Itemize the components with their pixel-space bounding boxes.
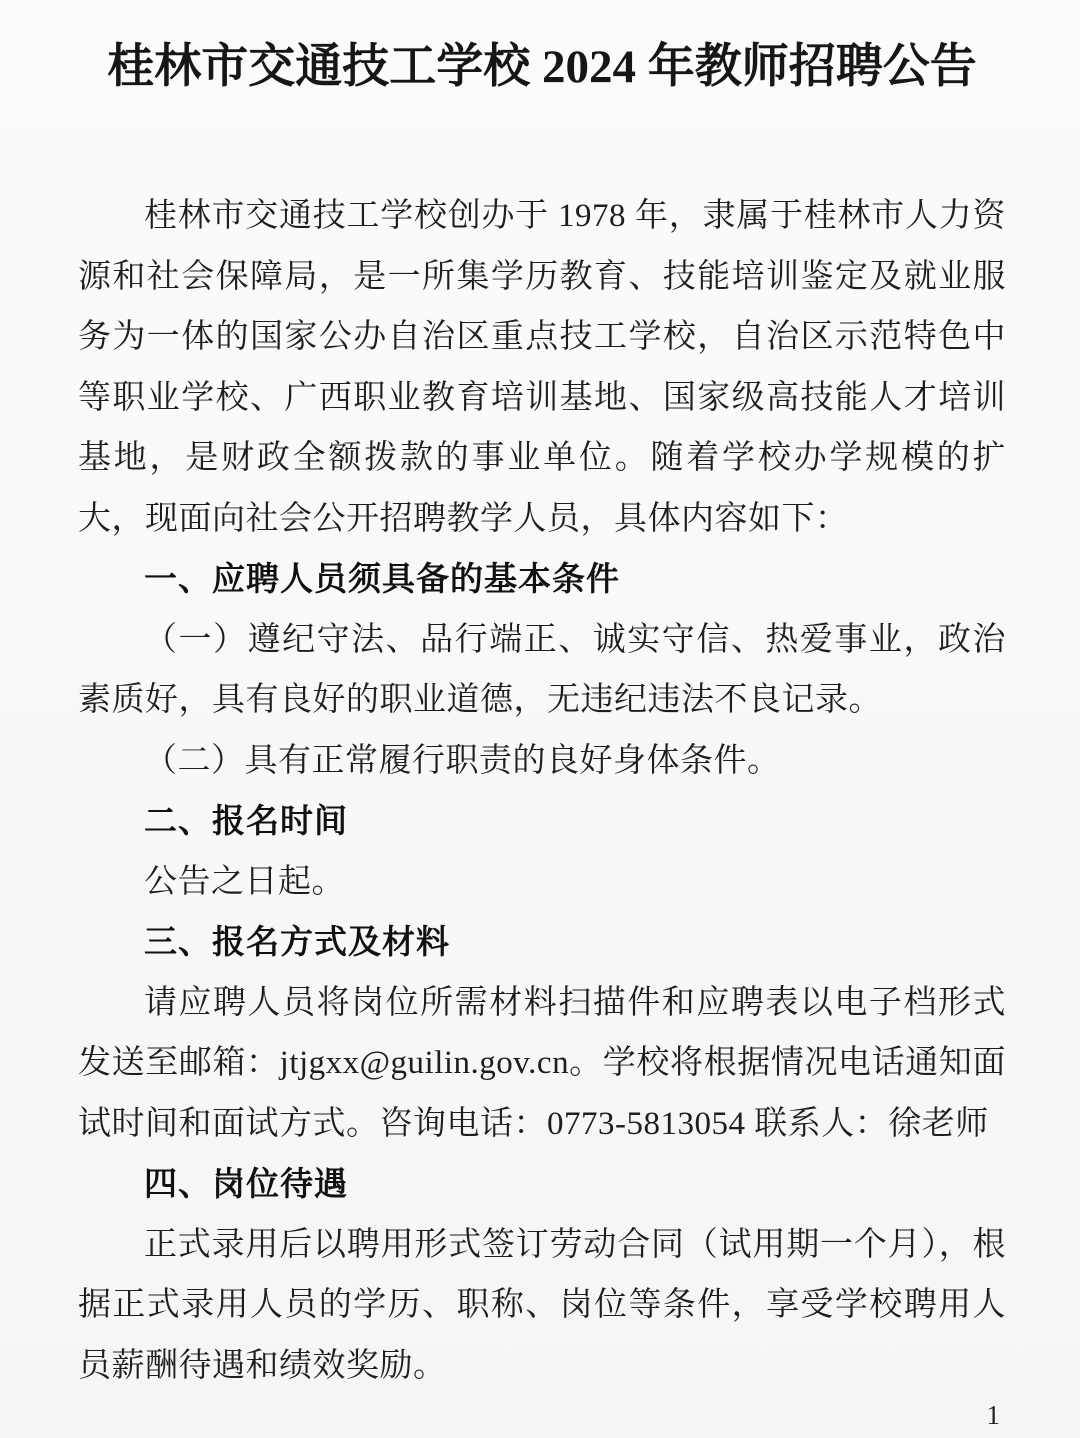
intro-paragraph: 桂林市交通技工学校创办于 1978 年，隶属于桂林市人力资源和社会保障局，是一所… <box>78 186 1006 549</box>
section4-body: 正式录用后以聘用形式签订劳动合同（试用期一个月），根据正式录用人员的学历、职称、… <box>78 1215 1006 1397</box>
section2-heading: 二、报名时间 <box>78 791 1006 852</box>
section2-body: 公告之日起。 <box>78 852 1006 913</box>
page-number: 1 <box>987 1400 1001 1430</box>
section1-item2: （二）具有正常履行职责的良好身体条件。 <box>78 731 1006 792</box>
section4-heading: 四、岗位待遇 <box>78 1154 1006 1215</box>
document-page: 桂林市交通技工学校 2024 年教师招聘公告 桂林市交通技工学校创办于 1978… <box>0 0 1080 1438</box>
section1-heading: 一、应聘人员须具备的基本条件 <box>78 549 1006 610</box>
document-body: 桂林市交通技工学校创办于 1978 年，隶属于桂林市人力资源和社会保障局，是一所… <box>78 186 1006 1396</box>
section3-heading: 三、报名方式及材料 <box>78 912 1006 973</box>
section3-body: 请应聘人员将岗位所需材料扫描件和应聘表以电子档形式发送至邮箱：jtjgxx@gu… <box>78 973 1006 1155</box>
section1-item1: （一）遵纪守法、品行端正、诚实守信、热爱事业，政治素质好，具有良好的职业道德，无… <box>78 610 1006 731</box>
document-title: 桂林市交通技工学校 2024 年教师招聘公告 <box>78 34 1006 100</box>
